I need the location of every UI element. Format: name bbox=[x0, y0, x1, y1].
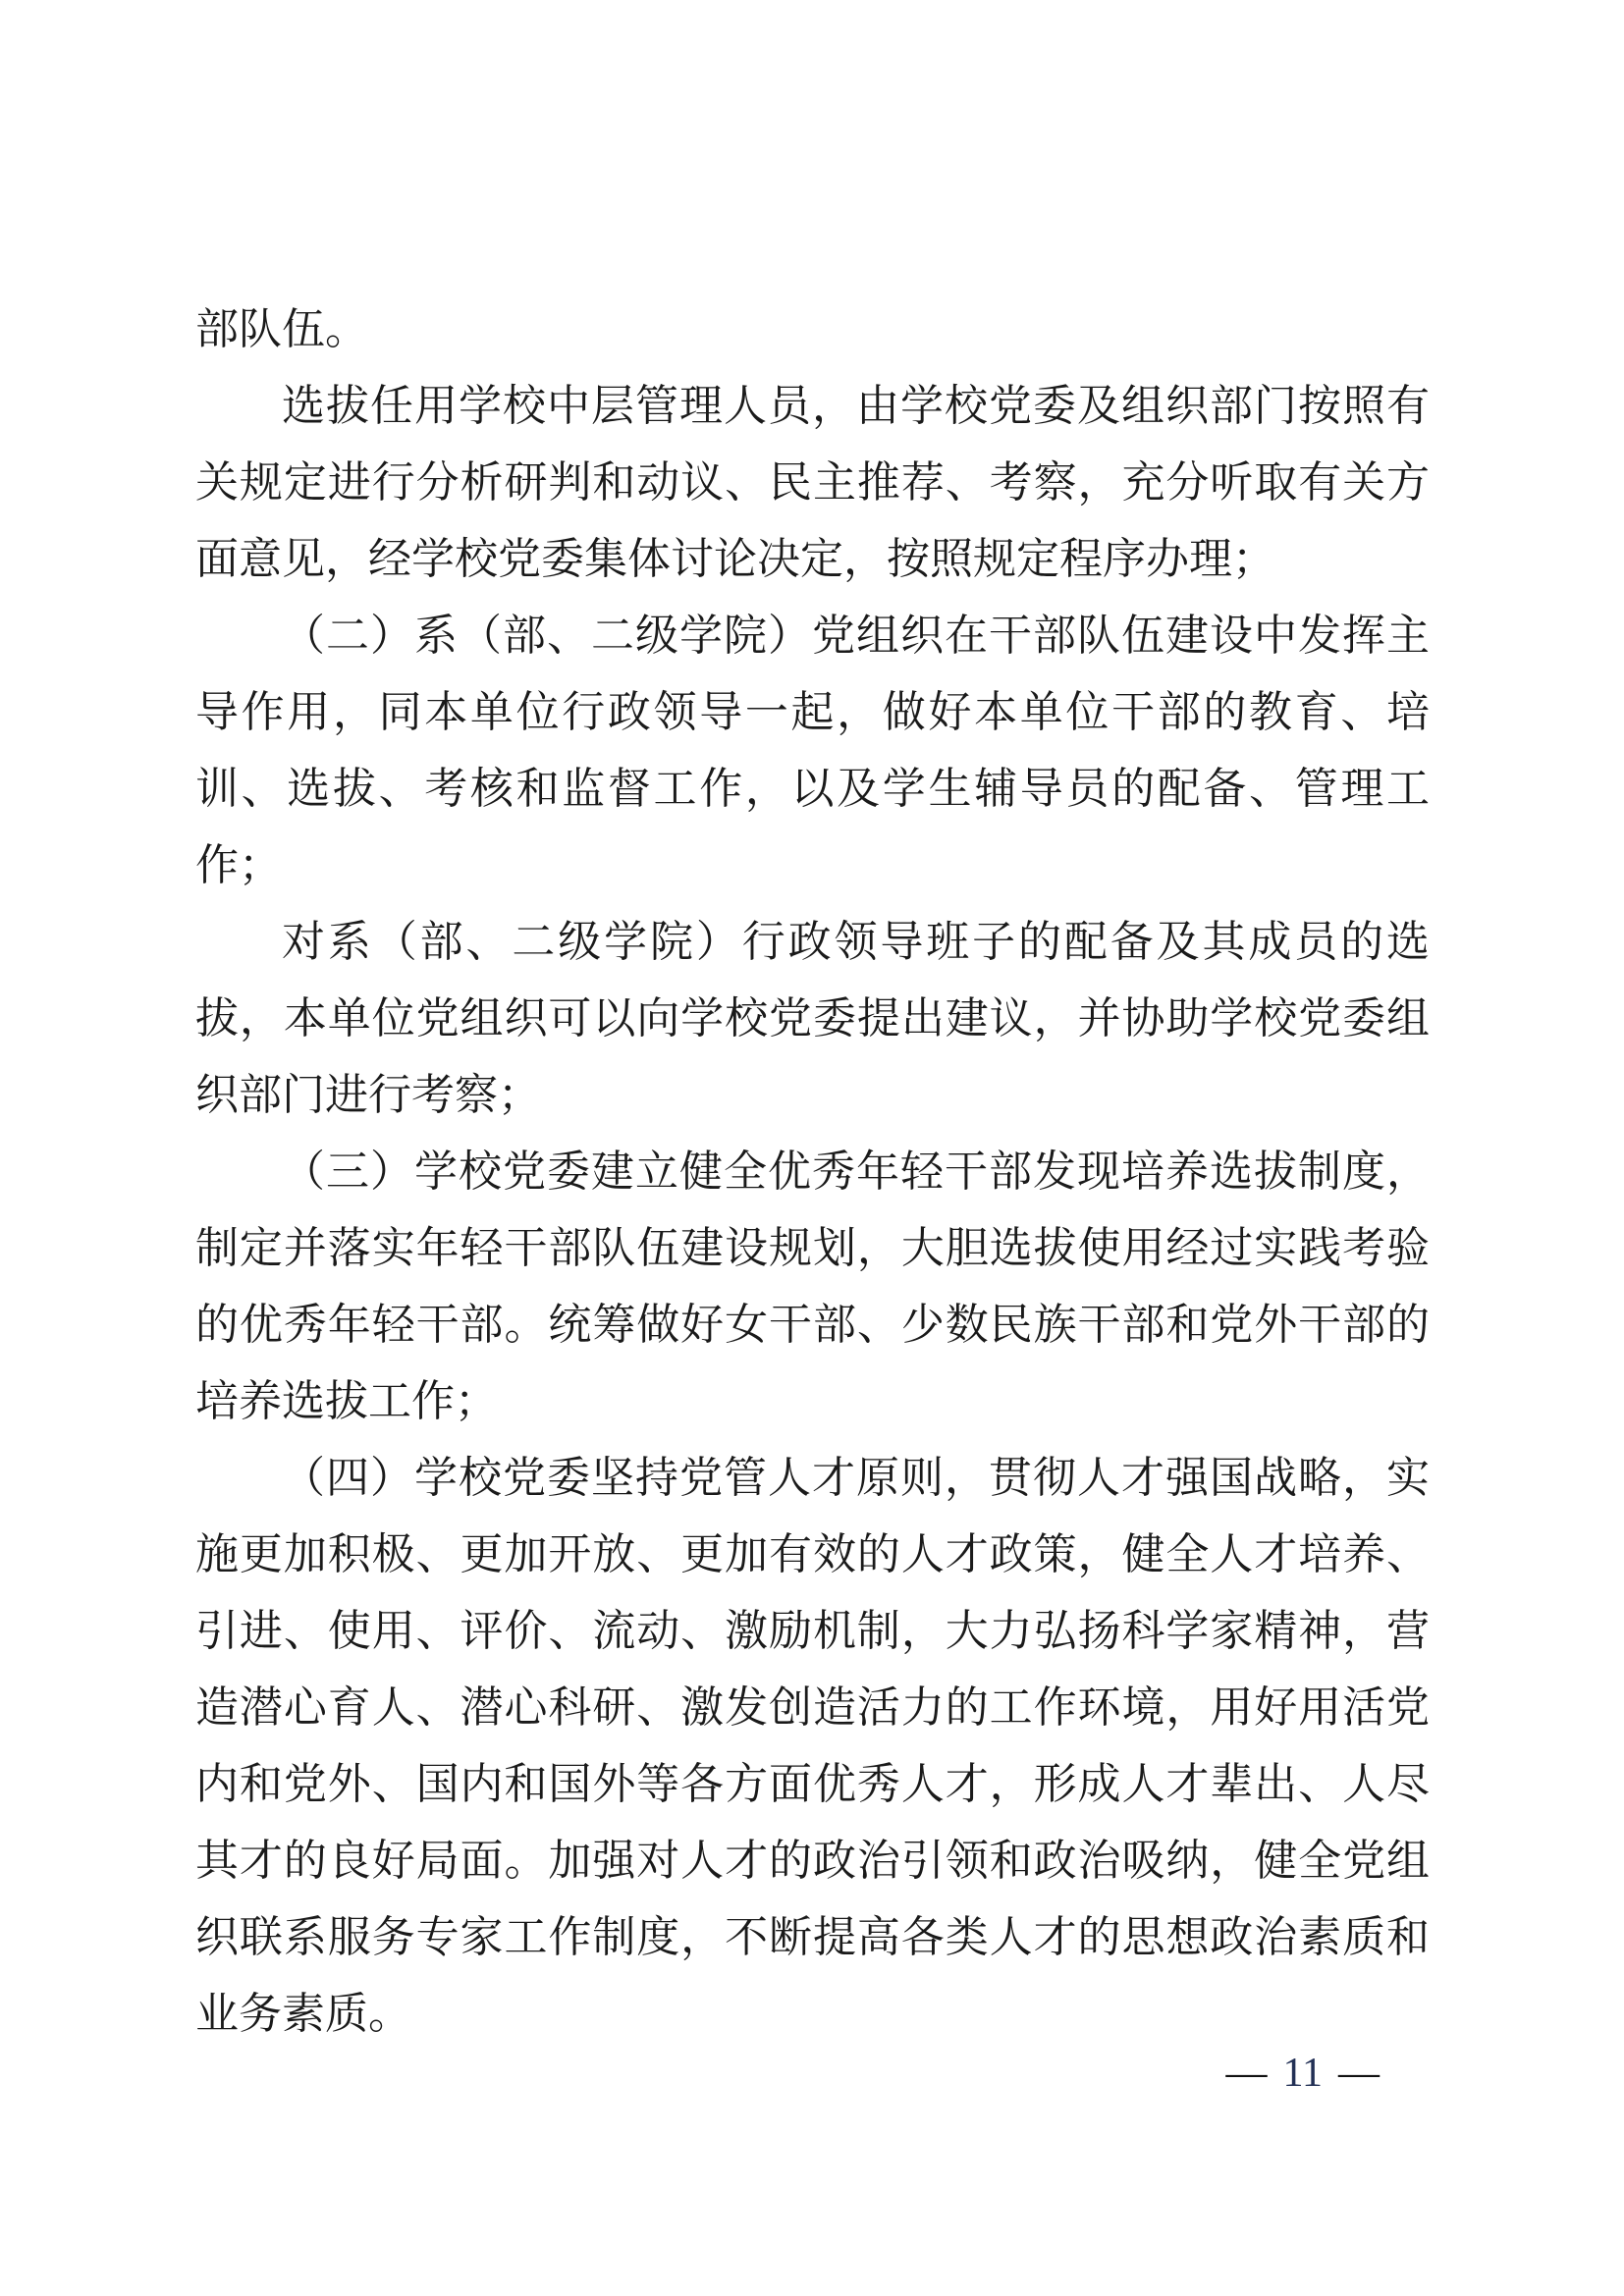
paragraph-item-two: （二）系（部、二级学院）党组织在干部队伍建设中发挥主导作用，同本单位行政领导一起… bbox=[195, 598, 1430, 904]
paragraph-item-four: （四）学校党委坚持党管人才原则，贯彻人才强国战略，实施更加积极、更加开放、更加有… bbox=[195, 1440, 1430, 2053]
document-page: 部队伍。 选拔任用学校中层管理人员，由学校党委及组织部门按照有关规定进行分析研判… bbox=[0, 0, 1624, 2296]
paragraph-dept-leadership: 对系（部、二级学院）行政领导班子的配备及其成员的选拔，本单位党组织可以向学校党委… bbox=[195, 904, 1430, 1134]
paragraph-selection-procedure: 选拔任用学校中层管理人员，由学校党委及组织部门按照有关规定进行分析研判和动议、民… bbox=[195, 368, 1430, 598]
footer-dash-left: — bbox=[1226, 2051, 1268, 2096]
paragraph-item-three: （三）学校党委建立健全优秀年轻干部发现培养选拔制度，制定并落实年轻干部队伍建设规… bbox=[195, 1134, 1430, 1440]
page-number: 11 bbox=[1283, 2051, 1323, 2096]
footer-dash-right: — bbox=[1338, 2051, 1380, 2096]
document-body: 部队伍。 选拔任用学校中层管理人员，由学校党委及组织部门按照有关规定进行分析研判… bbox=[195, 292, 1430, 2053]
paragraph-continuation: 部队伍。 bbox=[195, 292, 1430, 368]
page-footer: —11— bbox=[1226, 2048, 1380, 2099]
